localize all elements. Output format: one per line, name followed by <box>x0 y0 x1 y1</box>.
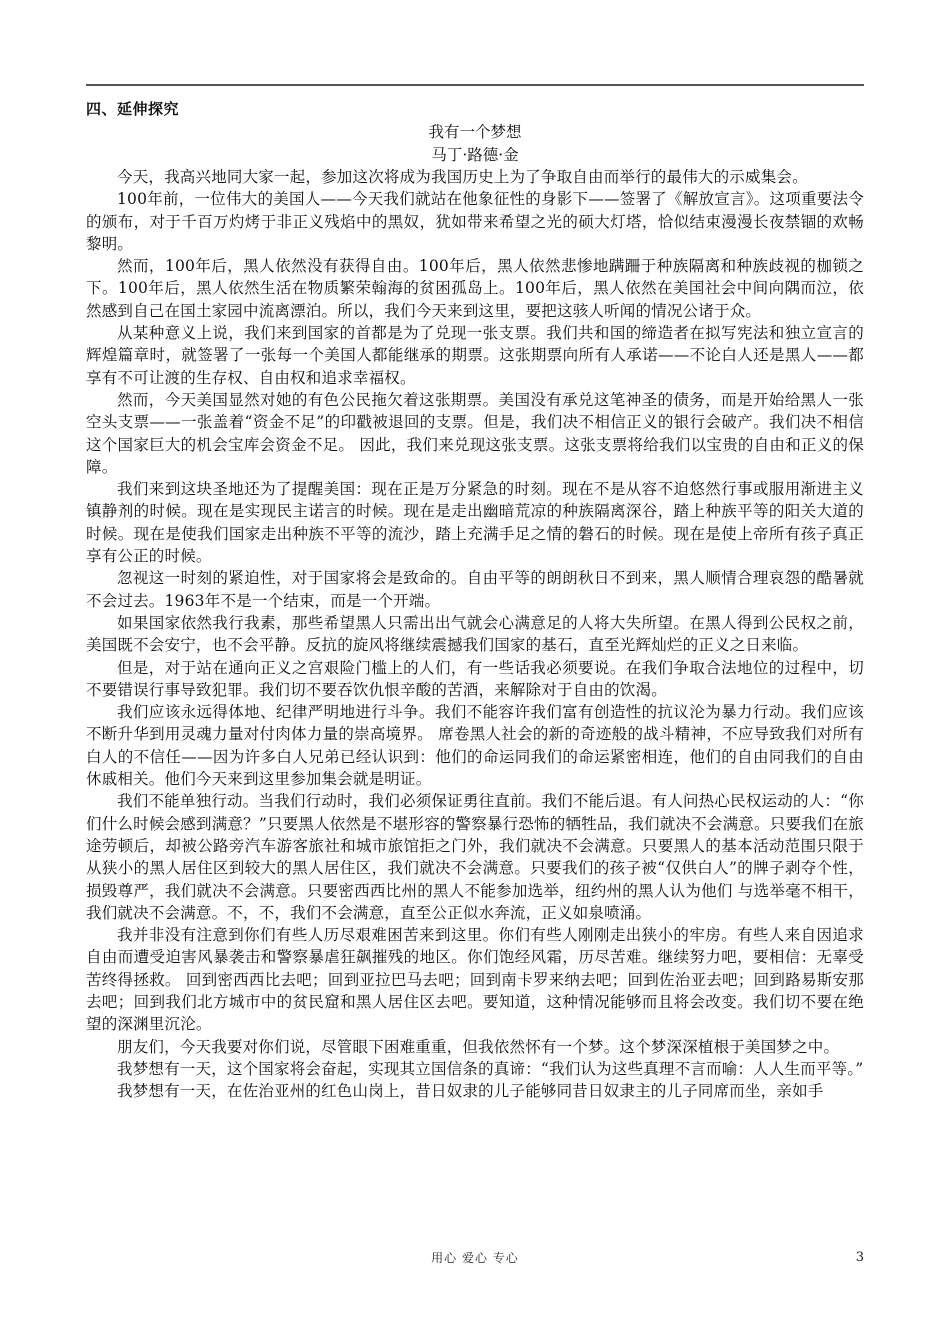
article-author: 马丁·路德·金 <box>86 144 864 167</box>
paragraph: 如果国家依然我行我素，那些希望黑人只需出出气就会心满意足的人将大失所望。在黑人得… <box>86 612 864 657</box>
paragraph: 我们不能单独行动。当我们行动时，我们必须保证勇往直前。我们不能后退。有人问热心民… <box>86 790 864 924</box>
article-body: 今天，我高兴地同大家一起，参加这次将成为我国历史上为了争取自由而举行的最伟大的示… <box>86 166 864 1102</box>
article-title: 我有一个梦想 <box>86 121 864 144</box>
paragraph: 我们应该永远得体地、纪律严明地进行斗争。我们不能容许我们富有创造性的抗议沦为暴力… <box>86 701 864 790</box>
paragraph: 从某种意义上说，我们来到国家的首都是为了兑现一张支票。我们共和国的缔造者在拟写宪… <box>86 322 864 389</box>
page-footer: 用心 爱心 专心 3 <box>86 1248 864 1268</box>
paragraph: 朋友们，今天我要对你们说，尽管眼下困难重重，但我依然怀有一个梦。这个梦深深植根于… <box>86 1036 864 1058</box>
section-heading: 四、延伸探究 <box>86 99 179 119</box>
paragraph: 100年前，一位伟大的美国人——今天我们就站在他象征性的身影下——签署了《解放宣… <box>86 188 864 255</box>
paragraph: 我并非没有注意到你们有些人历尽艰难困苦来到这里。你们有些人刚刚走出狭小的牢房。有… <box>86 924 864 1035</box>
footer-motto: 用心 爱心 专心 <box>86 1248 864 1268</box>
paragraph: 今天，我高兴地同大家一起，参加这次将成为我国历史上为了争取自由而举行的最伟大的示… <box>86 166 864 188</box>
paragraph: 我梦想有一天，这个国家将会奋起，实现其立国信条的真谛：“我们认为这些真理不言而喻… <box>86 1058 864 1080</box>
paragraph: 然而，100年后，黑人依然没有获得自由。100年后，黑人依然悲惨地蹒跚于种族隔离… <box>86 255 864 322</box>
paragraph: 我梦想有一天，在佐治亚州的红色山岗上，昔日奴隶的儿子能够同昔日奴隶主的儿子同席而… <box>86 1080 864 1102</box>
header-rule <box>86 84 864 86</box>
paragraph: 忽视这一时刻的紧迫性，对于国家将会是致命的。自由平等的朗朗秋日不到来，黑人顺情合… <box>86 567 864 612</box>
paragraph: 然而，今天美国显然对她的有色公民拖欠着这张期票。美国没有承兑这笔神圣的债务，而是… <box>86 389 864 478</box>
page-number: 3 <box>856 1248 864 1268</box>
paragraph: 但是，对于站在通向正义之宫艰险门槛上的人们，有一些话我必须要说。在我们争取合法地… <box>86 657 864 702</box>
paragraph: 我们来到这块圣地还为了提醒美国：现在正是万分紧急的时刻。现在不是从容不迫悠然行事… <box>86 478 864 567</box>
article: 我有一个梦想 马丁·路德·金 今天，我高兴地同大家一起，参加这次将成为我国历史上… <box>86 121 864 1102</box>
